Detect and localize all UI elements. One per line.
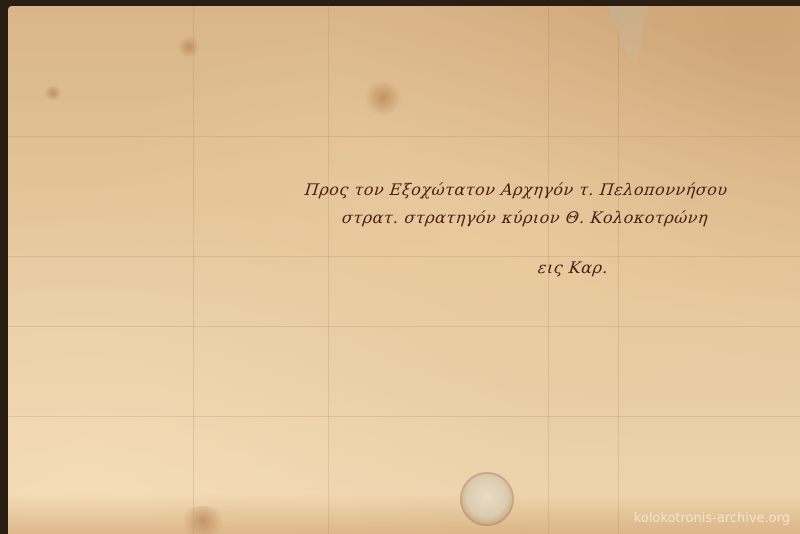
- fold-line: [8, 326, 800, 327]
- fold-line: [8, 256, 800, 257]
- stain: [43, 86, 63, 100]
- paper-tear: [608, 6, 648, 66]
- fold-line: [8, 416, 800, 417]
- archive-watermark: kolokotronis-archive.org: [634, 511, 790, 526]
- address-line-1: Προς τον Εξοχώτατον Αρχηγόν τ. Πελοποννή…: [304, 180, 729, 199]
- fold-line: [8, 136, 800, 137]
- fold-line: [618, 6, 619, 534]
- fold-line: [193, 6, 194, 534]
- stain: [363, 81, 403, 115]
- address-line-2: στρατ. στρατηγόν κύριον Θ. Κολοκοτρώνη: [341, 208, 709, 227]
- fold-line: [328, 6, 329, 534]
- signature-line: εις Καρ.: [537, 258, 609, 277]
- letter-paper: [8, 6, 800, 534]
- stain: [178, 36, 200, 58]
- wax-seal: [462, 474, 512, 524]
